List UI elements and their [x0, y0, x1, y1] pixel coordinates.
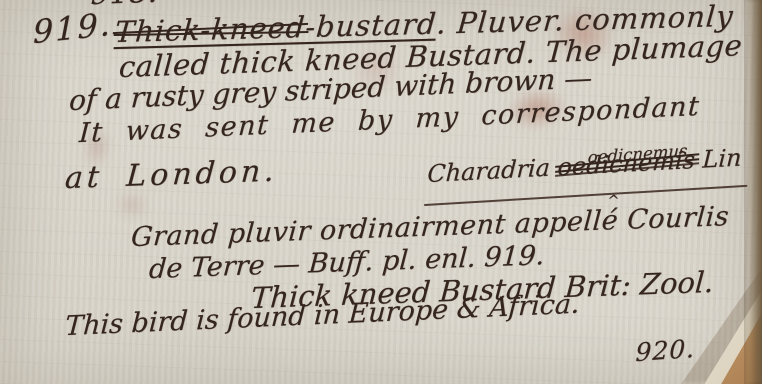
manuscript-line-entry-number: 919. [33, 8, 112, 48]
page-edge [744, 0, 762, 384]
text-segment: Thick-kneed [114, 10, 307, 49]
manuscript-photo: 918.919.Thick-kneed-bustard. Pluver. com… [0, 0, 762, 384]
manuscript-line-next-entry-number: 920. [635, 336, 695, 365]
text-segment: Lin [694, 144, 742, 175]
manuscript-line-line-5: at London. [64, 157, 279, 195]
text-segment: 920. [635, 334, 696, 367]
text-segment: at London. [64, 154, 279, 197]
text-segment: -bustard [304, 7, 438, 45]
